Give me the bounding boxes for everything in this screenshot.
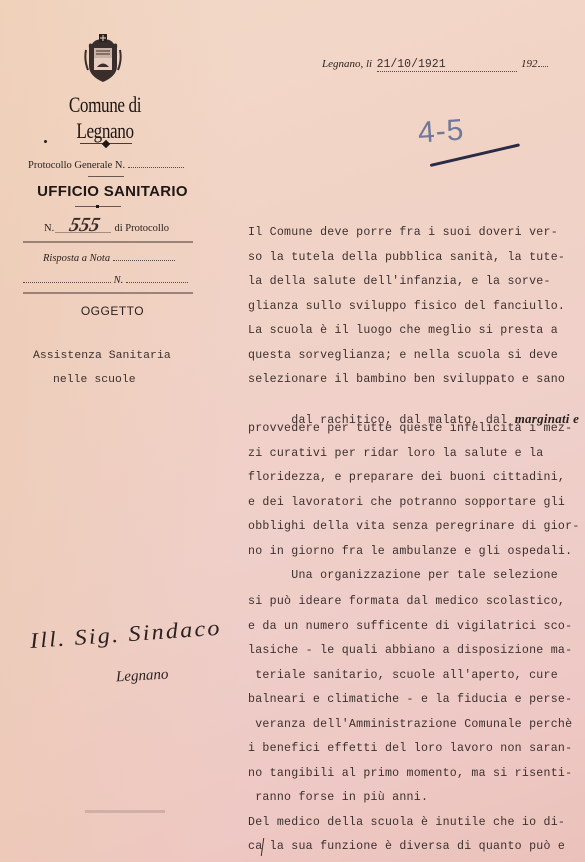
year-dots (538, 57, 548, 67)
body-line: so la tutela della pubblica sanità, la t… (248, 251, 565, 264)
paper-smudge (85, 810, 165, 813)
risposta-label: Risposta a Nota (43, 253, 110, 264)
divider (88, 176, 124, 177)
body-line: Una organizzazione per tale selezione (248, 569, 558, 582)
body-line: e da un numero sufficente di vigilatrici… (248, 620, 572, 633)
body-line: La scuola è il luogo che meglio si prest… (248, 324, 558, 337)
body-line: floridezza, e preparare dei buoni cittad… (248, 471, 565, 484)
body-line: lasiche - le quali abbiano a disposizion… (248, 644, 572, 657)
risposta-field: Risposta a Nota (43, 251, 175, 264)
body-line: i benefici effetti del loro lavoro non s… (248, 742, 572, 755)
office-heading: UFFICIO SANITARIO (30, 183, 195, 200)
divider (23, 241, 193, 243)
ornament-divider (75, 205, 121, 209)
risposta-value (113, 251, 175, 261)
body-line: Del medico della scuola è inutile che io… (248, 816, 565, 829)
protocol-number-suffix: di Protocollo (114, 223, 169, 234)
place-label: Legnano, li (322, 58, 372, 70)
risposta-n-label: N. (114, 275, 124, 286)
subject-line-2: nelle scuole (53, 374, 136, 386)
protocol-number-field: N. 555 di Protocollo (44, 218, 169, 234)
risposta-number-field: N. (23, 273, 188, 286)
municipality-name: Comune di Legnano (47, 92, 164, 144)
body-line: selezionare il bambino ben sviluppato e … (248, 373, 565, 386)
body-line: balneari e climatiche - e la fiducia e p… (248, 693, 572, 706)
body-line: obblighi della vita senza peregrinare di… (248, 520, 580, 533)
dateline: Legnano, li 21/10/1921 192 (322, 54, 548, 72)
ink-speck (44, 140, 47, 143)
protocollo-generale-field: Protocollo Generale N. (28, 158, 184, 171)
handwritten-addressee: Ill. Sig. Sindaco (29, 615, 222, 654)
document-page: Comune di Legnano Protocollo Generale N.… (0, 0, 585, 862)
protocollo-generale-value (128, 158, 184, 168)
coat-of-arms-icon (84, 34, 122, 84)
year-suffix: 192 (521, 58, 538, 70)
body-line: veranza dell'Amministrazione Comunale pe… (248, 718, 572, 731)
body-line: questa sorveglianza; e nella scuola si d… (248, 349, 558, 362)
date-value: 21/10/1921 (377, 58, 517, 72)
oggetto-label: OGGETTO (30, 304, 195, 318)
body-line: e dei lavoratori che potranno sopportare… (248, 496, 565, 509)
body-line: glianza sullo sviluppo fisico del fanciu… (248, 300, 565, 313)
pencil-annotation: 4-5 (417, 113, 466, 150)
divider (23, 292, 193, 294)
risposta-dots (23, 273, 111, 283)
body-line: teriale sanitario, scuole all'aperto, cu… (248, 669, 558, 682)
protocol-number-value: 555 (55, 218, 113, 233)
body-line: provvedere per tutte queste infelicità i… (248, 422, 572, 435)
protocol-number-prefix: N. (44, 223, 54, 234)
body-line: no in giorno fra le ambulanze e gli ospe… (248, 545, 572, 558)
protocollo-generale-label: Protocollo Generale N. (28, 160, 125, 171)
subject-line-1: Assistenza Sanitaria (33, 350, 171, 362)
body-line: la della salute dell'infanzia, e la sorv… (248, 275, 551, 288)
body-line: Il Comune deve porre fra i suoi doveri v… (248, 226, 558, 239)
ornament-divider (80, 141, 132, 147)
body-line: no tangibili al primo momento, ma si ris… (248, 767, 572, 780)
body-line: si può ideare formata dal medico scolast… (248, 595, 565, 608)
body-line: ranno forse in più anni. (248, 791, 428, 804)
risposta-n-value (126, 273, 188, 283)
body-line: zi curativi per ridar loro la salute e l… (248, 447, 544, 460)
body-line: ca la sua funzione è diversa di quanto p… (248, 840, 565, 853)
handwritten-place: Legnano (116, 667, 169, 687)
